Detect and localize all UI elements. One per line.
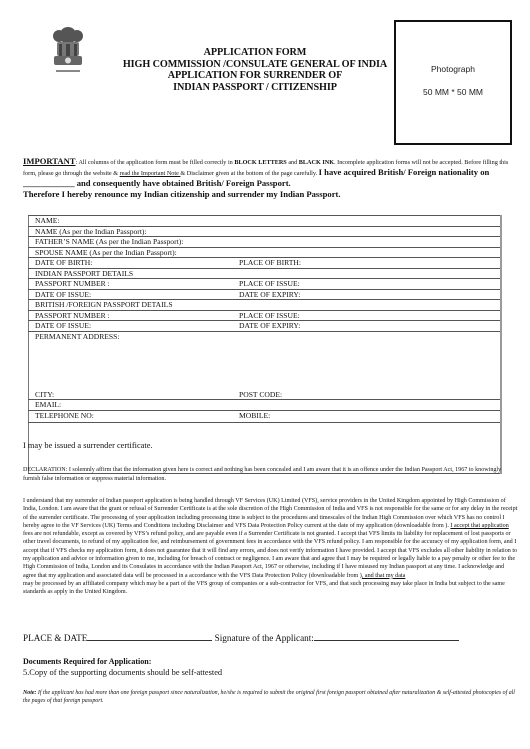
form-field-label: SPOUSE NAME (As per the Indian Passport)… — [35, 248, 177, 257]
telephone-row: TELEPHONE NO: MOBILE: — [29, 410, 502, 422]
city-label: CITY: — [35, 390, 54, 399]
form-field-label: NAME (As per the Indian Passport): — [35, 227, 147, 236]
form-field-left[interactable]: DATE OF ISSUE: — [29, 289, 238, 300]
form-field-label: DATE OF ISSUE: — [35, 290, 91, 299]
note-label: Note: — [23, 690, 36, 696]
telephone-field[interactable]: TELEPHONE NO: — [29, 410, 238, 422]
form-field-right[interactable]: DATE OF EXPIRY: — [237, 321, 501, 332]
form-field-label: NAME: — [35, 216, 59, 225]
form-field-left[interactable]: NAME: — [29, 216, 502, 227]
form-field-label: DATE OF EXPIRY: — [239, 321, 300, 330]
contact-table: CITY: POST CODE: EMAIL: TELEPHONE NO: MO… — [28, 388, 502, 423]
title-line-3: APPLICATION FOR SURRENDER OF — [110, 70, 400, 82]
form-field-left[interactable]: PASSPORT NUMBER : — [29, 310, 238, 321]
form-row: SPOUSE NAME (As per the Indian Passport)… — [29, 247, 502, 258]
photograph-label: Photograph — [396, 64, 510, 74]
form-row: FATHER’S NAME (As per the Indian Passpor… — [29, 237, 502, 248]
form-row: NAME (As per the Indian Passport): — [29, 226, 502, 237]
form-field-left[interactable]: FATHER’S NAME (As per the Indian Passpor… — [29, 237, 502, 248]
email-field[interactable]: EMAIL: — [29, 400, 502, 411]
form-row: DATE OF ISSUE:DATE OF EXPIRY: — [29, 289, 502, 300]
mobile-label: MOBILE: — [239, 411, 270, 420]
important-notice: IMPORTANT: All columns of the applicatio… — [23, 157, 518, 200]
city-row: CITY: POST CODE: — [29, 388, 502, 400]
photograph-size: 50 MM * 50 MM — [396, 87, 510, 97]
form-title: APPLICATION FORM HIGH COMMISSION /CONSUL… — [110, 47, 400, 93]
terms-part-2: fees are not refundable, except as cover… — [23, 531, 517, 578]
important-text-1: : All columns of the application form mu… — [76, 159, 235, 166]
terms-underlined-1: I accept that application — [450, 523, 508, 529]
form-field-right[interactable]: PLACE OF ISSUE: — [237, 310, 501, 321]
form-field-left[interactable]: DATE OF BIRTH: — [29, 258, 238, 269]
read-important-note-link[interactable]: read the Important Note — [120, 170, 181, 177]
important-text-3: & Disclaimer given at the bottom of the … — [180, 170, 318, 177]
form-field-right[interactable]: PLACE OF ISSUE: — [237, 279, 501, 290]
form-field-label: PLACE OF ISSUE: — [239, 311, 300, 320]
post-code-field[interactable]: POST CODE: — [237, 388, 501, 400]
signature-field[interactable] — [314, 632, 459, 641]
title-line-2: HIGH COMMISSION /CONSULATE GENERAL OF IN… — [110, 59, 400, 71]
post-code-label: POST CODE: — [239, 390, 282, 399]
form-field-label: PASSPORT NUMBER : — [35, 279, 110, 288]
form-field-label: DATE OF ISSUE: — [35, 321, 91, 330]
photograph-box: Photograph 50 MM * 50 MM — [394, 20, 512, 145]
form-field-label: PLACE OF ISSUE: — [239, 279, 300, 288]
form-field-label: PASSPORT NUMBER : — [35, 311, 110, 320]
form-row: DATE OF BIRTH:PLACE OF BIRTH: — [29, 258, 502, 269]
form-row: DATE OF ISSUE:DATE OF EXPIRY: — [29, 321, 502, 332]
declaration-text: DECLARATION: I solemnly affirm that the … — [23, 466, 513, 483]
email-label: EMAIL: — [35, 400, 61, 409]
form-field-right[interactable]: PLACE OF BIRTH: — [237, 258, 501, 269]
form-field-left[interactable]: INDIAN PASSPORT DETAILS — [29, 268, 502, 279]
city-field[interactable]: CITY: — [29, 388, 238, 400]
permanent-address-label: PERMANENT ADDRESS: — [35, 332, 119, 341]
form-field-label: DATE OF BIRTH: — [35, 258, 92, 267]
important-and: and — [287, 159, 299, 166]
form-row: PASSPORT NUMBER :PLACE OF ISSUE: — [29, 310, 502, 321]
black-ink-text: BLACK INK — [299, 159, 334, 166]
form-field-left[interactable]: BRITISH /FOREIGN PASSPORT DETAILS — [29, 300, 502, 311]
form-row: INDIAN PASSPORT DETAILS — [29, 268, 502, 279]
form-field-label: BRITISH /FOREIGN PASSPORT DETAILS — [35, 300, 173, 309]
form-row: NAME: — [29, 216, 502, 227]
block-letters-text: BLOCK LETTERS — [234, 159, 286, 166]
terms-part-3: may be processed by an affiliated compan… — [23, 581, 505, 595]
terms-paragraph: I understand that my surrender of Indian… — [23, 497, 518, 597]
signature-line: PLACE & DATE Signature of the Applicant: — [23, 632, 459, 643]
form-field-label: FATHER’S NAME (As per the Indian Passpor… — [35, 237, 183, 246]
form-field-left[interactable]: NAME (As per the Indian Passport): — [29, 226, 502, 237]
title-line-1: APPLICATION FORM — [110, 47, 400, 59]
note-text: If the applicant has had more than one f… — [23, 690, 515, 704]
form-field-right[interactable]: DATE OF EXPIRY: — [237, 289, 501, 300]
form-field-left[interactable]: DATE OF ISSUE: — [29, 321, 238, 332]
signature-label: Signature of the Applicant: — [212, 633, 314, 643]
title-line-4: INDIAN PASSPORT / CITIZENSHIP — [110, 82, 400, 94]
form-field-label: PLACE OF BIRTH: — [239, 258, 301, 267]
renounce-statement: Therefore I hereby renounce my Indian ci… — [23, 189, 341, 199]
documents-note: Note: If the applicant has had more than… — [23, 689, 518, 705]
form-field-label: INDIAN PASSPORT DETAILS — [35, 269, 133, 278]
email-row: EMAIL: — [29, 400, 502, 411]
terms-underlined-2: , and that my data — [362, 573, 406, 579]
national-emblem-icon — [48, 24, 88, 80]
documents-required-title: Documents Required for Application: — [23, 657, 151, 666]
important-label: IMPORTANT — [23, 156, 76, 166]
application-form-table: NAME:NAME (As per the Indian Passport):F… — [28, 215, 502, 474]
surrender-certificate-line: I may be issued a surrender certificate. — [23, 441, 153, 450]
form-row: PASSPORT NUMBER :PLACE OF ISSUE: — [29, 279, 502, 290]
place-date-field[interactable] — [87, 632, 212, 641]
form-row: BRITISH /FOREIGN PASSPORT DETAILS — [29, 300, 502, 311]
place-date-label: PLACE & DATE — [23, 633, 87, 643]
telephone-label: TELEPHONE NO: — [35, 411, 94, 420]
mobile-field[interactable]: MOBILE: — [237, 410, 501, 422]
terms-part-1: I understand that my surrender of Indian… — [23, 498, 517, 529]
documents-item-5: 5.Copy of the supporting documents shoul… — [23, 668, 223, 678]
form-field-left[interactable]: SPOUSE NAME (As per the Indian Passport)… — [29, 247, 502, 258]
form-field-label: DATE OF EXPIRY: — [239, 290, 300, 299]
form-field-left[interactable]: PASSPORT NUMBER : — [29, 279, 238, 290]
